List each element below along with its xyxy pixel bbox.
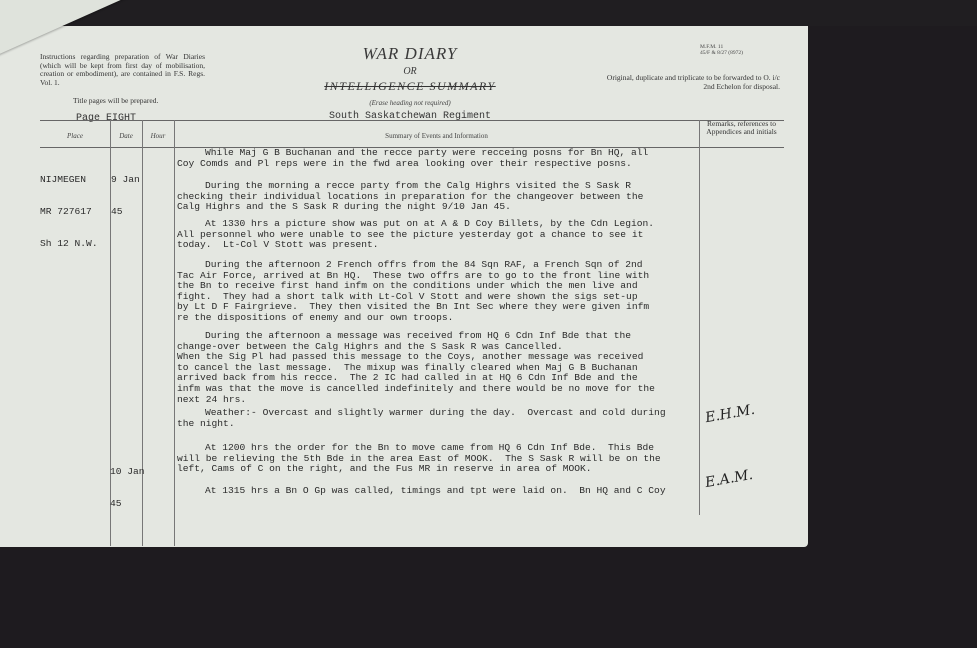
column-header-remarks: Remarks, references to Appendices and in…: [700, 120, 783, 136]
column-header-date: Date: [110, 132, 142, 140]
summary-line: next 24 hrs.: [177, 395, 655, 406]
summary-paragraph: Weather:- Overcast and slightly warmer d…: [177, 408, 666, 429]
date-line: 45: [111, 207, 140, 218]
title-or: OR: [300, 66, 520, 77]
column-header-summary: Summary of Events and Information: [174, 132, 699, 140]
summary-line: re the dispositions of enemy and our own…: [177, 313, 649, 324]
place-line: MR 727617: [40, 207, 98, 218]
summary-line: While Maj G B Buchanan and the recce par…: [177, 148, 648, 159]
column-divider: [174, 120, 175, 546]
erase-note: (Erase heading not required): [300, 99, 520, 107]
column-header-hour: Hour: [142, 132, 174, 140]
background: [0, 0, 977, 26]
date-line: 9 Jan: [111, 175, 140, 186]
table-top-rule: [40, 120, 784, 121]
document-title: WAR DIARY: [300, 44, 520, 64]
column-divider: [699, 120, 700, 515]
summary-line: infm was that the move is cancelled inde…: [177, 384, 655, 395]
form-code: M.F.M. 11 45/F & 8/27 (8972): [700, 44, 743, 56]
summary-line: During the morning a recce party from th…: [177, 181, 643, 192]
forwarding-note: Original, duplicate and triplicate to be…: [600, 74, 780, 91]
place-cell: NIJMEGEN MR 727617 Sh 12 N.W.: [40, 154, 98, 271]
summary-line: During the afternoon a message was recei…: [177, 331, 655, 342]
date-line: 10 Jan: [110, 467, 145, 478]
summary-line: Calg Highrs and the S Sask R during the …: [177, 202, 643, 213]
summary-paragraph: At 1200 hrs the order for the Bn to move…: [177, 443, 661, 475]
date-cell: 10 Jan 45: [110, 446, 145, 531]
page-number: Page EIGHT: [76, 113, 136, 124]
summary-paragraph: At 1330 hrs a picture show was put on at…: [177, 219, 654, 251]
date-line: 45: [110, 499, 145, 510]
summary-line: Weather:- Overcast and slightly warmer d…: [177, 408, 666, 419]
summary-line: today. Lt-Col V Stott was present.: [177, 240, 654, 251]
date-cell: 9 Jan 45: [111, 154, 140, 239]
war-diary-page: Instructions regarding preparation of Wa…: [0, 26, 808, 547]
summary-paragraph: At 1315 hrs a Bn O Gp was called, timing…: [177, 486, 666, 497]
summary-line: the night.: [177, 419, 666, 430]
summary-line: At 1200 hrs the order for the Bn to move…: [177, 443, 661, 454]
form-code-line: 45/F & 8/27 (8972): [700, 50, 743, 56]
instructions-note: Instructions regarding preparation of Wa…: [40, 53, 205, 87]
summary-line: During the afternoon 2 French offrs from…: [177, 260, 649, 271]
summary-line: left, Cams of C on the right, and the Fu…: [177, 464, 661, 475]
column-header-place: Place: [40, 132, 110, 140]
summary-paragraph: During the afternoon 2 French offrs from…: [177, 260, 649, 324]
summary-paragraph: During the morning a recce party from th…: [177, 181, 643, 213]
summary-line: At 1330 hrs a picture show was put on at…: [177, 219, 654, 230]
place-line: Sh 12 N.W.: [40, 239, 98, 250]
struck-alt-title: INTELLIGENCE SUMMARY: [290, 79, 530, 94]
handwritten-initials: E.H.M.: [704, 402, 756, 426]
handwritten-initials: E.A.M.: [704, 467, 754, 491]
summary-paragraph: While Maj G B Buchanan and the recce par…: [177, 148, 648, 169]
summary-line: At 1315 hrs a Bn O Gp was called, timing…: [177, 486, 666, 497]
summary-paragraph: During the afternoon a message was recei…: [177, 331, 655, 405]
summary-line: Coy Comds and Pl reps were in the fwd ar…: [177, 159, 648, 170]
title-pages-note: Title pages will be prepared.: [73, 96, 158, 105]
place-line: NIJMEGEN: [40, 175, 98, 186]
